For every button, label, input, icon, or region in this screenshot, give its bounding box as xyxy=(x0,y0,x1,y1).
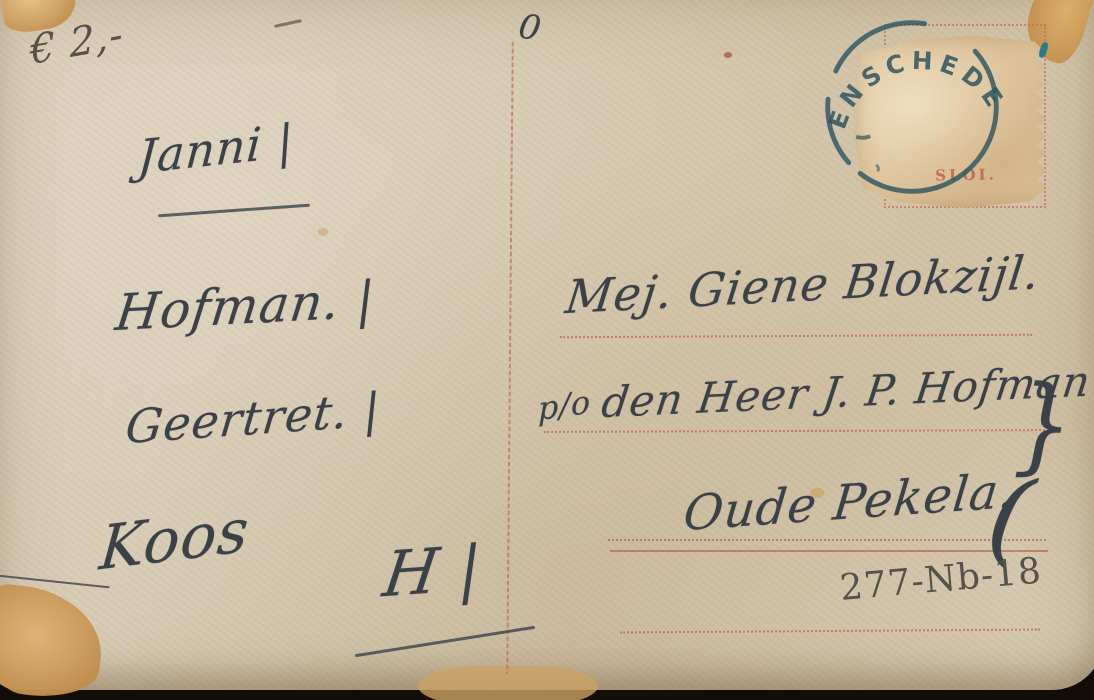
handwritten-name-geertret: Geertret. | xyxy=(123,382,383,454)
address-town: Oude Pekela. xyxy=(681,463,1018,543)
postmark-inner-mark xyxy=(856,134,870,139)
handwritten-name-koos: Koos xyxy=(97,495,252,585)
postmark-town-text: ENSCHEDE xyxy=(811,27,1015,150)
top-zero-mark: 0 xyxy=(516,6,545,49)
torn-corner-bottom-left xyxy=(0,582,107,700)
postmark-inner-mark xyxy=(876,164,879,171)
catalog-number-note: 277-Nb-18 xyxy=(838,550,1043,608)
handwritten-initial-h: H | xyxy=(379,531,487,612)
stain-spot xyxy=(318,228,328,236)
stain-spot xyxy=(724,52,732,58)
address-line-3 xyxy=(608,539,1046,541)
handwritten-name-janni: Janni | xyxy=(136,113,296,184)
center-divider-line xyxy=(506,42,514,674)
address-line-4 xyxy=(620,629,1040,634)
address-line-2 xyxy=(544,429,1049,433)
address-recipient: Mej. Giene Blokzijl. xyxy=(563,245,1044,324)
postcard: SLOI. ENSCHEDE € 2,- 0 Janni | Hofman. |… xyxy=(0,0,1094,690)
address-care-of-prefix: p/o xyxy=(538,382,591,428)
postmark-stamp: ENSCHEDE xyxy=(793,0,1032,238)
handwritten-name-hofman: Hofman. | xyxy=(112,270,378,342)
underline-janni xyxy=(158,204,310,218)
address-line-1 xyxy=(560,334,1032,338)
stray-pencil-dash xyxy=(274,19,302,28)
